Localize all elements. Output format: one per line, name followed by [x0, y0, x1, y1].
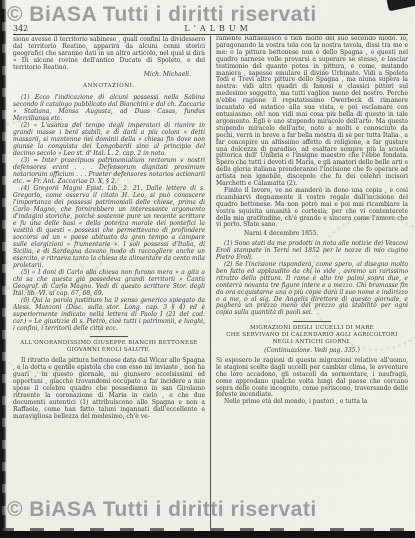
- footnote-2: (2) « L'usanza del tempo degli imperator…: [13, 122, 205, 157]
- continuation-note: (Continuazione. Vedi pag. 335.): [216, 348, 408, 355]
- watermark-top: © BiASA Tutti i diritti riservati: [7, 3, 317, 27]
- article-paragraph-1: Si esposero le ragioni di queste migrazi…: [216, 358, 408, 399]
- two-column-text: sione avesse il territorio sabinese , qu…: [13, 36, 408, 528]
- letter-dateline: Narni 4 decembre 1855.: [216, 231, 408, 238]
- article-title-line3: NEGLI ANTICHI GIORNI.: [216, 339, 408, 346]
- author-signature: Mich. Michaeli.: [13, 71, 205, 78]
- article-paragraph-2: Nelle prime età del mondo, i pastori , e…: [216, 399, 408, 406]
- letter-footnote-1: (1) Sono stati da me prodotti in nota al…: [216, 241, 408, 262]
- article-title-line2: CHE SERVIVANO DI CALENDARIO AGLI AGRICOL…: [216, 332, 408, 339]
- scan-corner-smudge: [386, 0, 415, 11]
- footnote-1: (1) Ecco l'indicazione di alcuni possess…: [13, 94, 205, 122]
- scanned-journal-page: © BiASA Tutti i diritti riservati 342 L'…: [0, 0, 415, 538]
- left-column: sione avesse il territorio sabinese , qu…: [13, 36, 210, 528]
- scan-edge-bottom: [0, 531, 415, 538]
- footnote-5: (5) « I doni di Carlo alla chiesa non fu…: [13, 269, 205, 297]
- letter-heading-line2: GIOVANNI EROLI SALUTE.: [13, 347, 205, 354]
- scan-edge-left: [0, 0, 7, 538]
- footnote-6: (6) Qui la parola justitium ha il senso …: [13, 297, 205, 332]
- footnote-3: (3) = Inter praecipuos patrimonialium re…: [13, 157, 205, 185]
- letter-footnote-2: (2) Se l'incisione risponderà, come sper…: [216, 262, 408, 317]
- article-title-line1: MIGRAZIONI DEGLI UCCELLI DI MARE: [216, 325, 408, 332]
- section-divider: [90, 336, 128, 337]
- letter-continuation-paragraph: ramente Raffaellesco e tien molto del su…: [216, 36, 408, 188]
- letter-opening-paragraph: Il ritratto della pittura bettonese data…: [13, 357, 205, 420]
- letter-closing-paragraph: Finito il lavoro, ve ne manderò in dono …: [216, 188, 408, 229]
- watermark-bottom: © BiASA Tutti i diritti riservati: [7, 498, 317, 522]
- continuation-paragraph: sione avesse il territorio sabinese , qu…: [13, 36, 205, 71]
- footnote-4: (4) Gregorii Magni Epist. Lib. 2. 21. Da…: [13, 185, 205, 269]
- section-divider: [293, 321, 331, 322]
- letter-heading-line1: ALL'ONORANDISSIMO GIUSEPPE BIANCHI BETTO…: [13, 340, 205, 347]
- annotations-heading: ANNOTAZIONI.: [13, 83, 205, 90]
- right-column: ramente Raffaellesco e tien molto del su…: [210, 36, 408, 528]
